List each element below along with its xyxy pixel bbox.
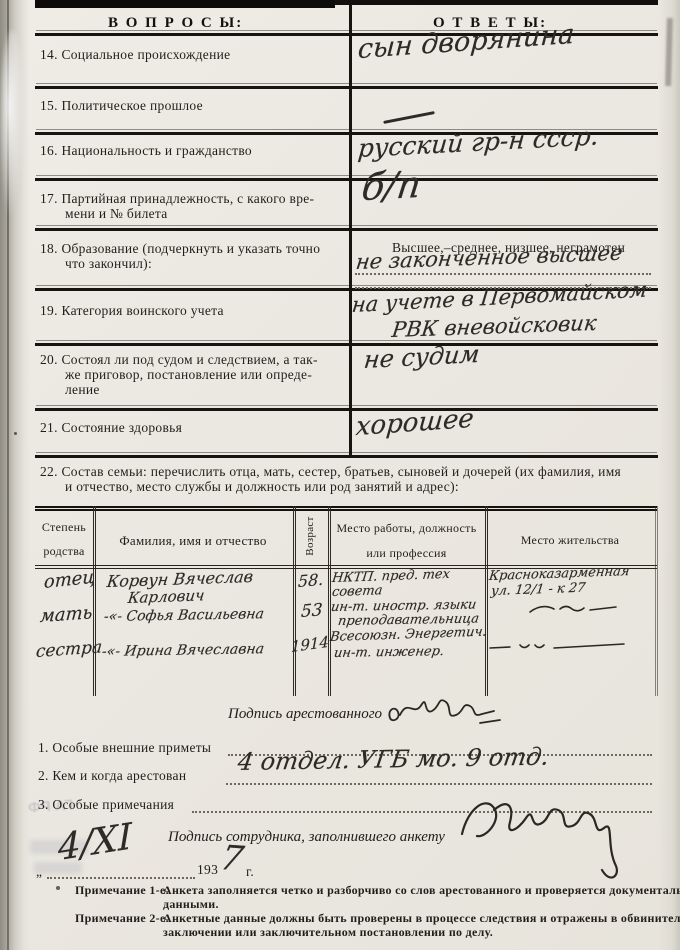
ditto-mark-residence-sister [488,638,628,656]
dotted-line [355,272,651,275]
column-divider [349,5,352,458]
date-suffix: г. [246,864,254,880]
date-printed-193: 193 [197,862,218,878]
family-name-father-line2: Карлович [127,586,206,607]
family-name-sister: -«- Ирина Вячеславна [101,641,265,660]
answer-19-handwriting-line2: РВК вневойсковик [391,311,598,342]
date-open-quote: „ [36,864,42,880]
rule [35,178,658,181]
col-header-work: Место работы, должность [328,521,485,536]
note-2-text: Анкетные данные должны быть проверены в … [163,911,680,926]
col-header-work-line2: или профессия [328,546,485,561]
question-17: 17. Партийная принадлежность, с какого в… [40,191,314,207]
question-16: 16. Национальность и гражданство [40,143,252,159]
family-kinship-father: отец [44,567,96,594]
rule [35,228,658,231]
item-3-label: 3. Особые примечания [38,797,174,813]
ditto-mark-residence-mother [528,600,620,618]
rule [35,86,658,89]
col-header-kinship-line2: родства [35,544,93,559]
date-handwriting: 4/XI [58,816,133,869]
family-name-mother: -«- Софья Васильевна [103,606,265,625]
scan-right-edge [658,0,680,950]
question-21: 21. Состояние здоровья [40,420,182,436]
questions-column-header: В О П Р О С Ы: [108,15,243,32]
question-19: 19. Категория воинского учета [40,303,224,319]
col-header-residence: Место жительства [485,533,655,548]
family-age-mother: 53 [300,600,323,622]
note-2-text-line2: заключении или заключительном постановле… [163,925,493,940]
col-header-kinship: Степень [35,520,93,535]
family-work-father: НКТП. пред. тех [331,567,451,586]
ink-speck [14,432,17,435]
note-1-text-line2: данными. [163,897,219,912]
question-18-line2: что закончил): [65,256,152,272]
scan-top-bar-thick [35,0,335,8]
arrestee-signature-label: Подпись арестованного [228,706,382,723]
answer-14-handwriting: сын дворянина [357,19,575,65]
family-section-intro-line2: и отчество, место службы и должность или… [65,479,459,495]
note-1-label: Примечание 1-е. [75,883,169,898]
date-dotted-line [47,876,195,879]
officer-signature [452,782,637,892]
table-vertical-border [293,506,296,696]
family-work-sister-line2: ин-т. инженер. [333,644,445,661]
rule [35,408,658,411]
answer-16-handwriting: русский гр-н ссср. [357,121,600,163]
answer-20-handwriting: не судим [363,340,481,374]
question-15: 15. Политическое прошлое [40,98,203,114]
col-header-name: Фамилия, имя и отчество [93,533,293,549]
item-2-label: 2. Кем и когда арестован [38,768,186,784]
note-2-label: Примечание 2-е. [75,911,169,926]
family-work-father-line2: совета [331,583,383,600]
question-20-line3: ление [65,382,100,398]
col-header-age-vertical: Возраст [304,506,316,566]
family-age-sister: 1914 [291,633,329,656]
item-1-label: 1. Особые внешние приметы [38,740,211,756]
answer-19-handwriting-line1: на учете в Первомайском [351,277,649,317]
question-20: 20. Состоял ли под судом и следствием, а… [40,352,318,368]
question-17-line2: мени и № билета [65,206,168,222]
answer-15-dash [383,111,435,124]
rule [35,455,658,458]
rule [35,343,658,346]
officer-signature-label: Подпись сотрудника, заполнившего анкету [168,829,445,846]
family-residence-father-line2: ул. 12/1 - к 27 [490,581,586,599]
table-top-border [35,506,657,511]
item-2-answer-handwriting: 4 отдел. УГБ мо. 9 отд. [236,743,551,777]
question-20-line2: же приговор, постановление или опреде- [65,367,312,383]
question-14: 14. Социальное происхождение [40,47,230,63]
family-age-father: 58. [297,570,323,591]
question-18: 18. Образование (подчеркнуть и указать т… [40,241,320,257]
family-section-intro: 22. Состав семьи: перечислить отца, мать… [40,464,621,480]
ink-speck [56,886,60,890]
table-vertical-border [655,506,658,696]
note-1-text: Анкета заполняется четко и разборчиво со… [163,883,680,898]
answer-17-handwriting: б/п [359,163,423,209]
family-kinship-mother: мать [39,602,93,627]
arrestee-signature [382,690,507,734]
scanned-questionnaire-page: ГА РФ В О П Р О С Ы: О Т В Е Т Ы: 14. Со… [0,0,680,950]
paper-curl-highlight [0,30,24,220]
